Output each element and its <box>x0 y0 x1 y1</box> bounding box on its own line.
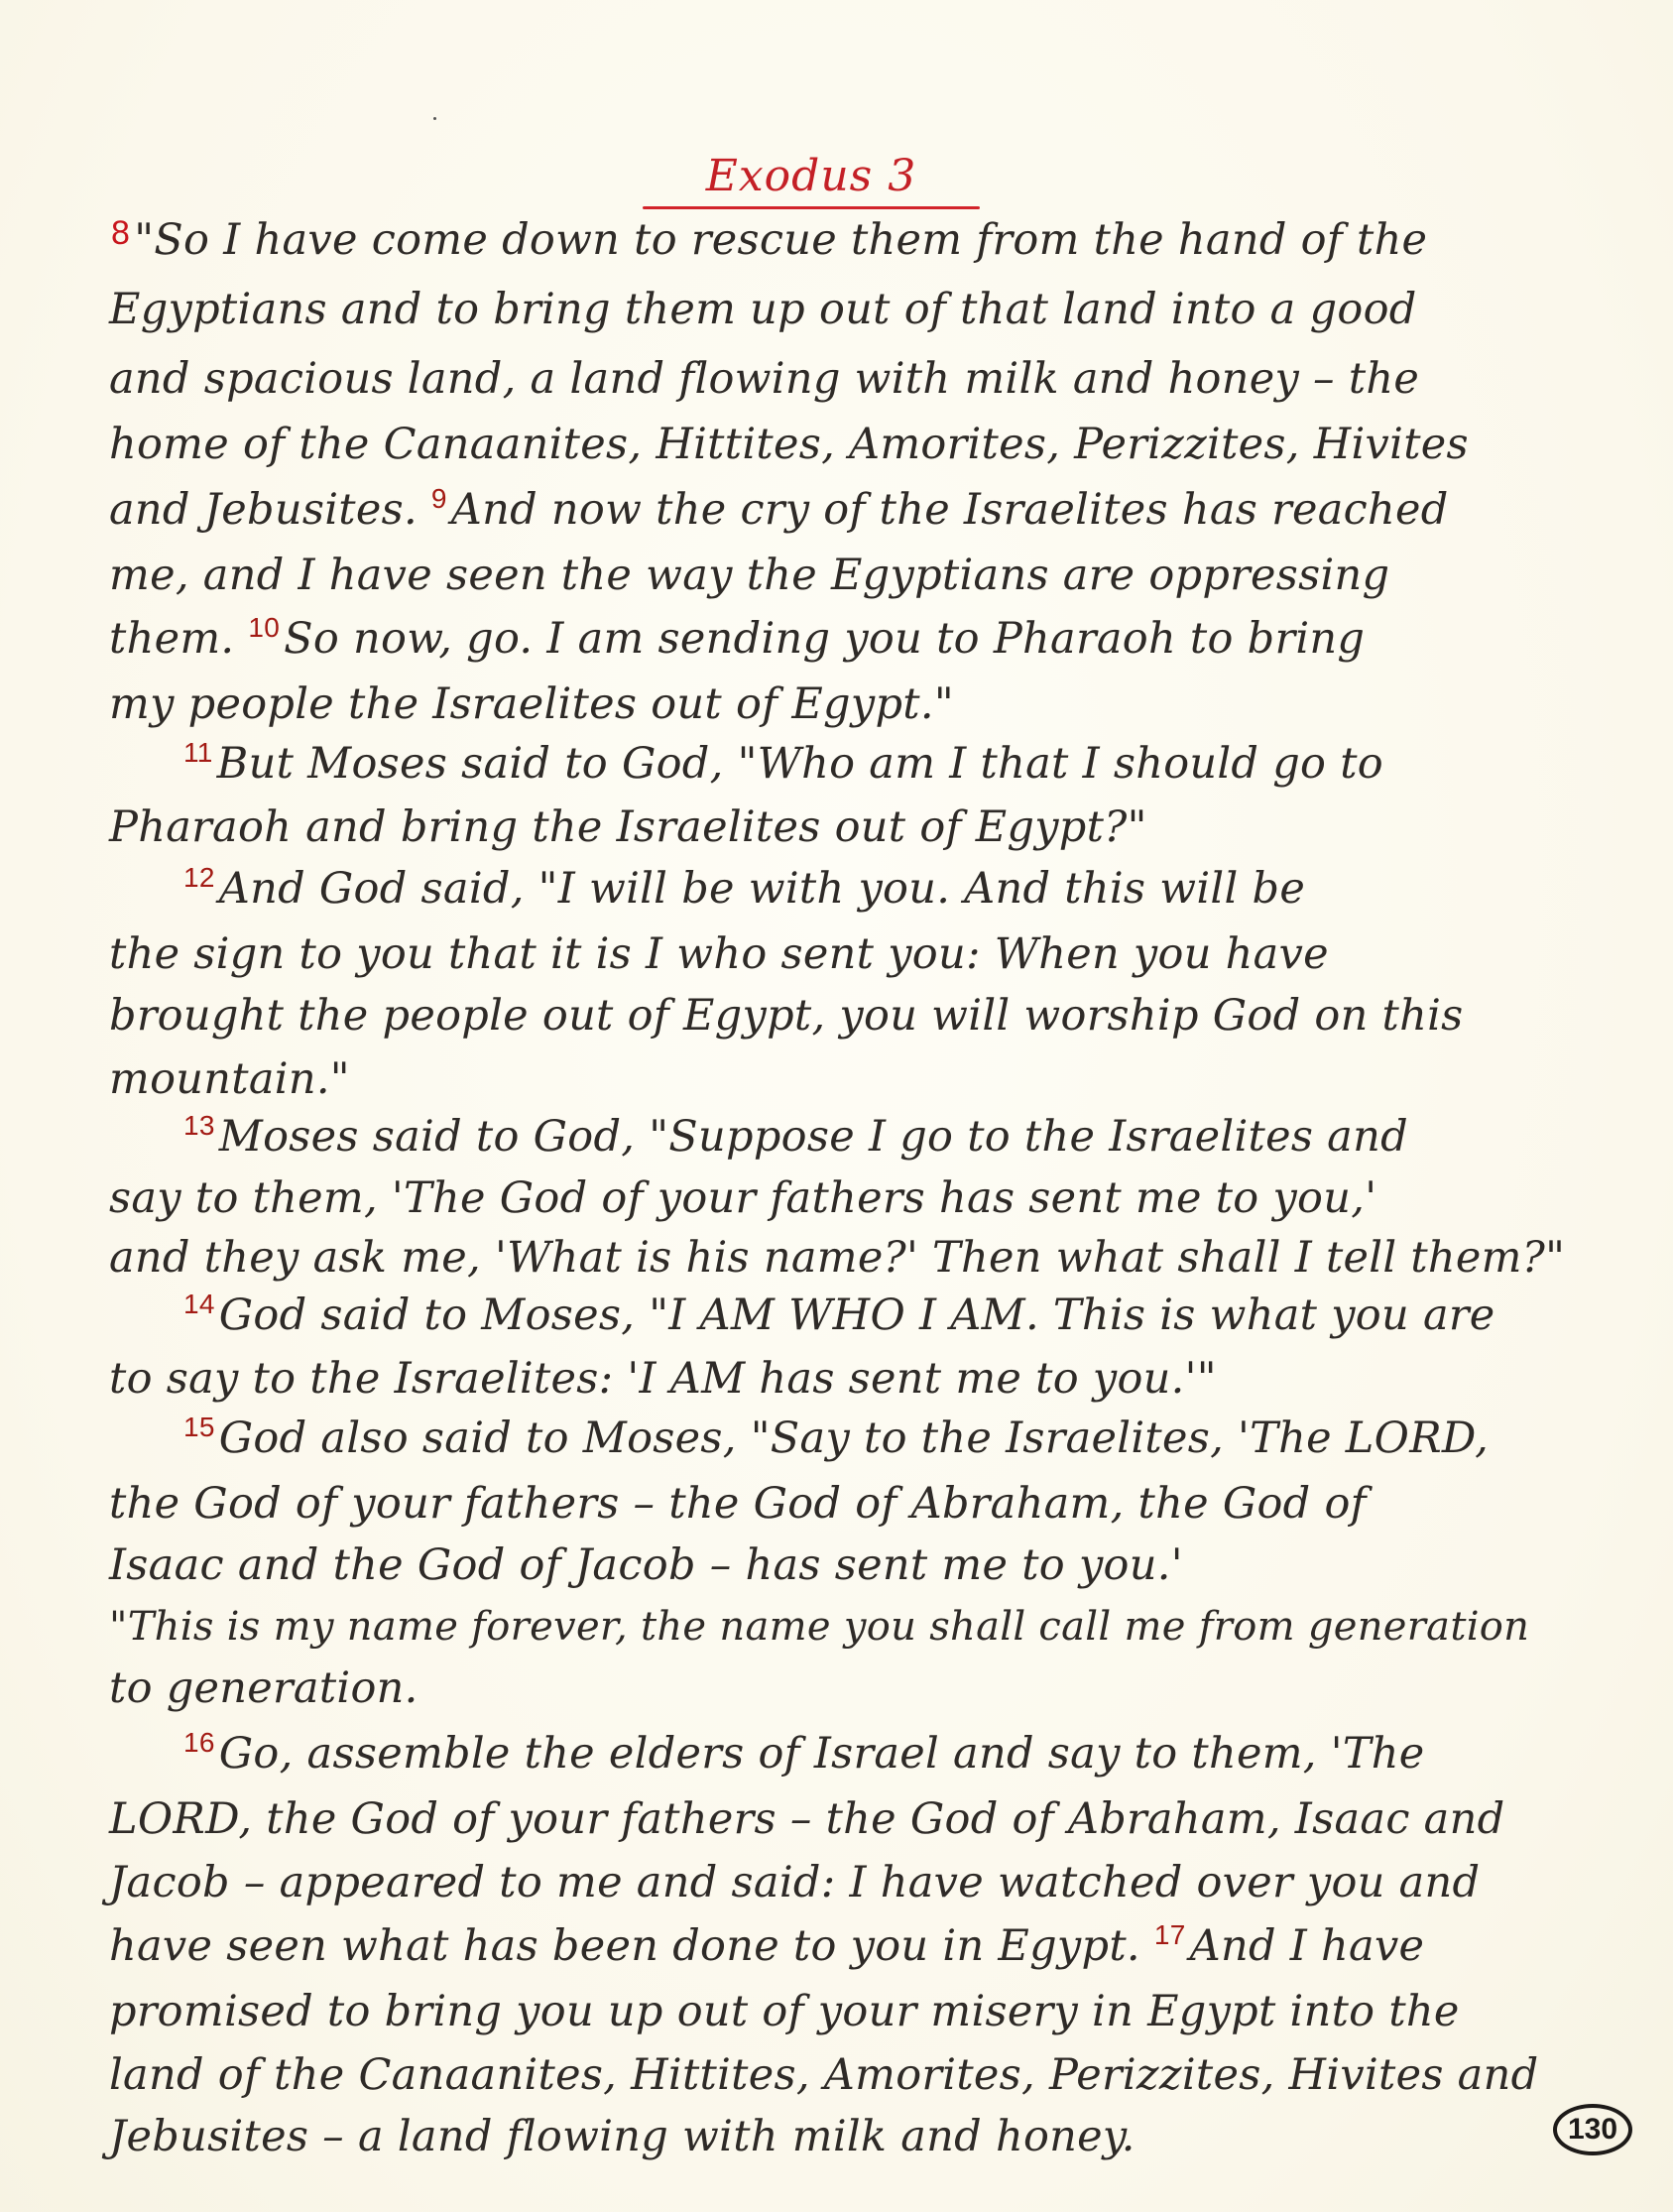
line-text: promised to bring you up out of your mis… <box>109 1987 1460 2036</box>
page-number-circle: 130 <box>1553 2104 1632 2155</box>
line-text: And I have <box>1190 1921 1425 1971</box>
line-text: and Jebusites. <box>109 485 418 535</box>
line-text: LORD, the God of your fathers – the God … <box>109 1794 1504 1844</box>
text-line: Jebusites – a land flowing with milk and… <box>109 2107 1135 2166</box>
text-line: promised to bring you up out of your mis… <box>109 1982 1460 2041</box>
text-line: say to them, 'The God of your fathers ha… <box>109 1168 1376 1228</box>
line-text: to generation. <box>109 1663 418 1713</box>
line-text: And now the cry of the Israelites has re… <box>451 485 1449 535</box>
line-text: the God of your fathers – the God of Abr… <box>109 1479 1367 1529</box>
handwritten-page: Exodus 3 8"So I have come down to rescue… <box>0 0 1673 2212</box>
text-line: me, and I have seen the way the Egyptian… <box>109 546 1389 605</box>
page-title: Exodus 3 <box>706 149 917 204</box>
text-line: to generation. <box>109 1659 418 1718</box>
text-line: land of the Canaanites, Hittites, Amorit… <box>109 2045 1538 2105</box>
line-text: and spacious land, a land flowing with m… <box>109 354 1419 404</box>
line-text: mountain." <box>109 1054 350 1104</box>
verse-number: 16 <box>183 1727 215 1758</box>
text-line: home of the Canaanites, Hittites, Amorit… <box>109 415 1469 474</box>
line-text: Isaac and the God of Jacob – has sent me… <box>109 1540 1183 1590</box>
line-text: But Moses said to God, "Who am I that I … <box>217 739 1383 789</box>
verse-number: 14 <box>183 1289 215 1319</box>
text-line: mountain." <box>109 1049 350 1109</box>
text-line: my people the Israelites out of Egypt." <box>109 675 954 734</box>
line-text: Jacob – appeared to me and said: I have … <box>109 1858 1480 1907</box>
text-line: and they ask me, 'What is his name?' The… <box>109 1228 1565 1288</box>
text-line: Isaac and the God of Jacob – has sent me… <box>109 1536 1183 1595</box>
verse-number: 12 <box>183 862 215 893</box>
line-text: brought the people out of Egypt, you wil… <box>109 991 1464 1041</box>
verse-number: 9 <box>431 483 447 514</box>
verse-number: 17 <box>1154 1919 1186 1950</box>
text-line: the sign to you that it is I who sent yo… <box>109 924 1329 984</box>
text-line: brought the people out of Egypt, you wil… <box>109 986 1464 1045</box>
paper-speck <box>433 117 436 120</box>
line-text: my people the Israelites out of Egypt." <box>109 679 954 729</box>
line-text: say to them, 'The God of your fathers ha… <box>109 1173 1376 1223</box>
line-text: Go, assemble the elders of Israel and sa… <box>219 1729 1425 1779</box>
text-line: them. 10So now, go. I am sending you to … <box>109 609 1365 674</box>
line-text: God also said to Moses, "Say to the Isra… <box>219 1413 1489 1463</box>
verse-number: 8 <box>111 214 130 252</box>
text-line: have seen what has been done to you in E… <box>109 1916 1424 1981</box>
title-underline <box>643 206 980 209</box>
verse-number: 13 <box>183 1110 215 1141</box>
line-text: Pharaoh and bring the Israelites out of … <box>109 802 1147 852</box>
text-line: 14God said to Moses, "I AM WHO I AM. Thi… <box>183 1286 1495 1350</box>
line-text: them. <box>109 614 234 664</box>
text-line: Pharaoh and bring the Israelites out of … <box>109 798 1147 857</box>
line-text: And God said, "I will be with you. And t… <box>219 864 1305 914</box>
line-text: Egyptians and to bring them up out of th… <box>109 285 1417 334</box>
line-text: to say to the Israelites: 'I AM has sent… <box>109 1354 1217 1404</box>
text-line: Egyptians and to bring them up out of th… <box>109 280 1417 339</box>
verse-number: 11 <box>183 737 213 768</box>
text-line: and spacious land, a land flowing with m… <box>109 349 1419 409</box>
line-text: the sign to you that it is I who sent yo… <box>109 929 1329 979</box>
text-line: and Jebusites. 9And now the cry of the I… <box>109 480 1449 545</box>
line-text: "This is my name forever, the name you s… <box>109 1604 1529 1650</box>
page-title-block: Exodus 3 <box>643 149 980 218</box>
text-line: Jacob – appeared to me and said: I have … <box>109 1853 1480 1912</box>
line-text: God said to Moses, "I AM WHO I AM. This … <box>219 1290 1495 1340</box>
text-line: 12And God said, "I will be with you. And… <box>183 859 1305 923</box>
verse-number: 10 <box>248 612 280 643</box>
line-text: "So I have come down to rescue them from… <box>134 215 1427 265</box>
line-text: have seen what has been done to you in E… <box>109 1921 1140 1971</box>
text-line: to say to the Israelites: 'I AM has sent… <box>109 1349 1217 1409</box>
text-line: 13Moses said to God, "Suppose I go to th… <box>183 1107 1408 1171</box>
line-text: me, and I have seen the way the Egyptian… <box>109 551 1389 600</box>
text-line: 8"So I have come down to rescue them fro… <box>111 210 1427 273</box>
line-text: land of the Canaanites, Hittites, Amorit… <box>109 2050 1538 2100</box>
text-line: 16Go, assemble the elders of Israel and … <box>183 1724 1425 1788</box>
line-text: home of the Canaanites, Hittites, Amorit… <box>109 420 1469 469</box>
line-text: Moses said to God, "Suppose I go to the … <box>219 1112 1408 1162</box>
text-line: LORD, the God of your fathers – the God … <box>109 1789 1504 1849</box>
line-text: and they ask me, 'What is his name?' The… <box>109 1233 1565 1283</box>
line-text: Jebusites – a land flowing with milk and… <box>109 2112 1135 2161</box>
text-line: "This is my name forever, the name you s… <box>109 1597 1529 1657</box>
text-line: 11But Moses said to God, "Who am I that … <box>183 734 1383 799</box>
text-line: the God of your fathers – the God of Abr… <box>109 1474 1367 1534</box>
verse-number: 15 <box>183 1412 215 1442</box>
line-text: So now, go. I am sending you to Pharaoh … <box>284 614 1365 664</box>
text-line: 15God also said to Moses, "Say to the Is… <box>183 1409 1489 1473</box>
